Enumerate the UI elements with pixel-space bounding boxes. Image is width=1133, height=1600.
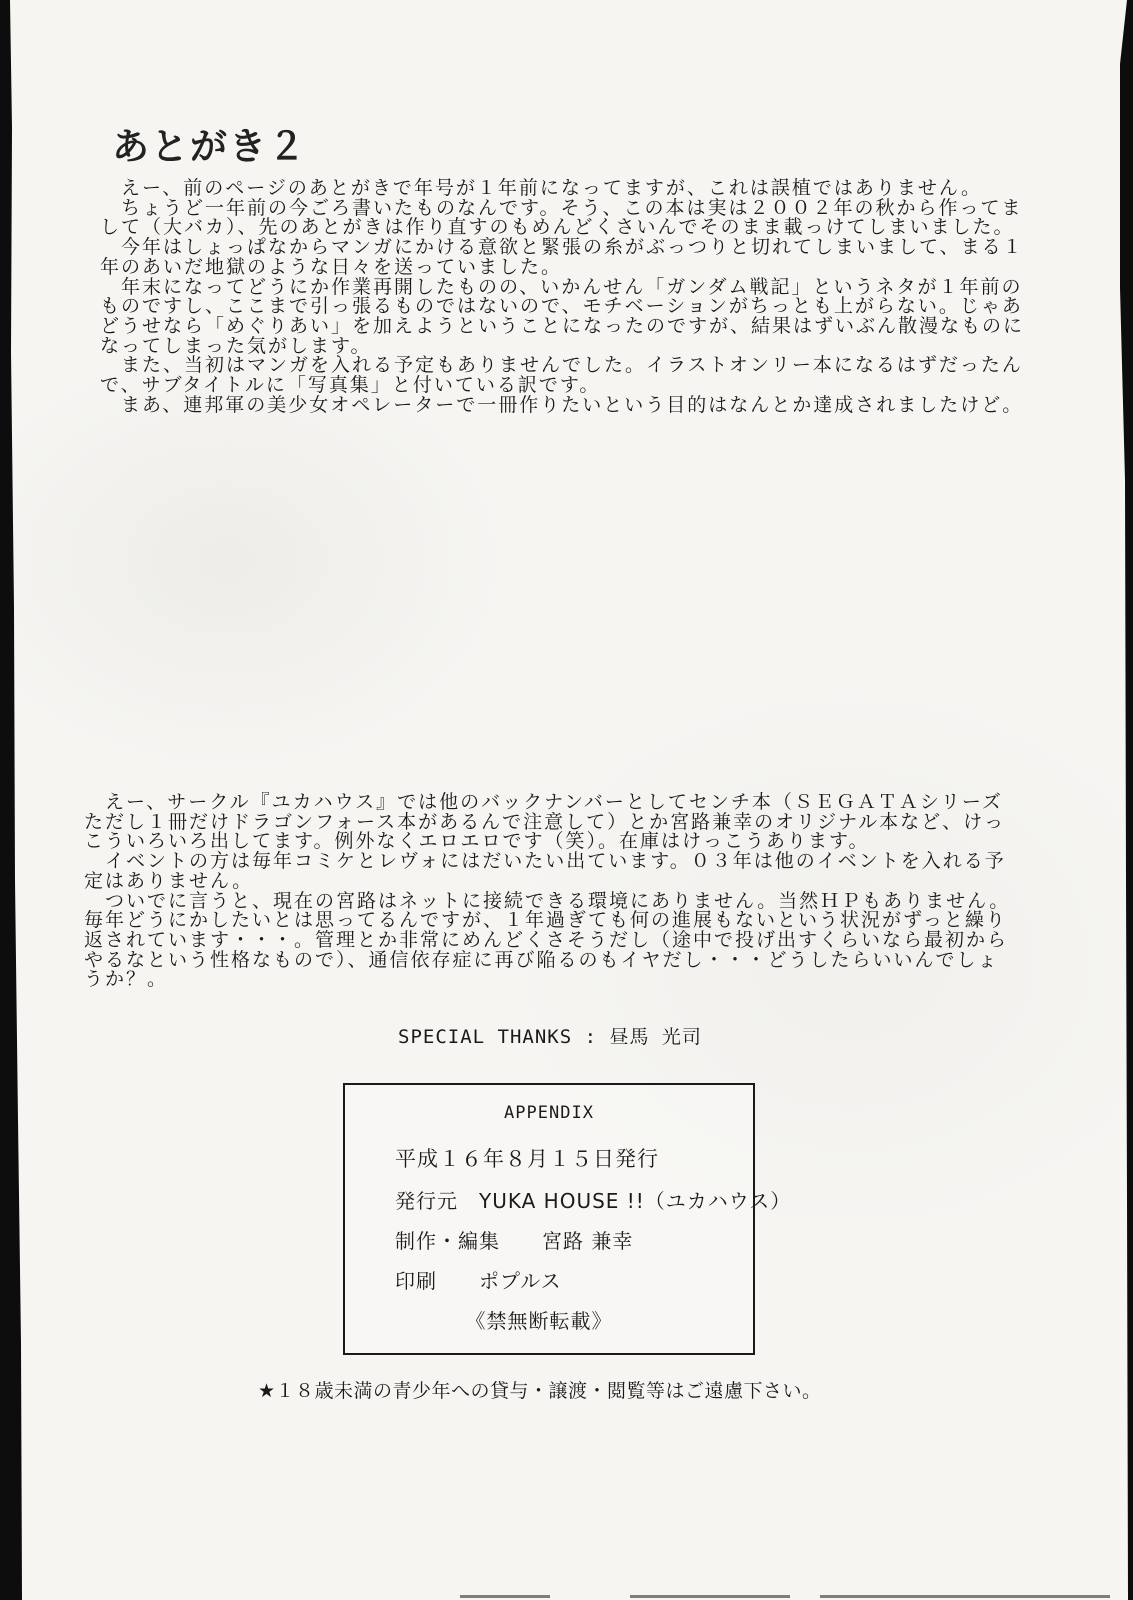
scan-noise: [630, 1595, 790, 1598]
colophon-publication-date: 平成１６年８月１５日発行: [395, 1143, 659, 1173]
colophon-printer: 印刷 ポプルス: [395, 1265, 562, 1294]
scan-border-right: [1117, 0, 1133, 1600]
scanned-afterword-page: あとがき２ えー、前のページのあとがきで年号が１年前になってますが、これは誤植で…: [0, 0, 1133, 1600]
scan-noise: [820, 1595, 1110, 1598]
colophon-box: APPENDIX 平成１６年８月１５日発行 発行元 YUKA HOUSE !!（…: [343, 1083, 755, 1355]
scan-noise: [460, 1595, 550, 1598]
afterword-paragraphs: えー、前のページのあとがきで年号が１年前になってますが、これは誤植ではありません…: [100, 179, 1060, 415]
colophon-header: APPENDIX: [345, 1103, 753, 1123]
page-title: あとがき２: [112, 116, 307, 170]
colophon-reprint-notice: 《禁無断転載》: [345, 1305, 733, 1334]
age-restriction-notice: ★１８歳未満の青少年への貸与・譲渡・閲覧等はご遠慮下さい。: [258, 1376, 822, 1403]
circle-info-paragraphs: えー、サークル『ユカハウス』では他のバックナンバーとしてセンチ本（ＳＥＧＡＴＡシ…: [84, 793, 1044, 990]
colophon-publisher: 発行元 YUKA HOUSE !!（ユカハウス）: [395, 1185, 791, 1214]
special-thanks-line: SPECIAL THANKS : 昼馬 光司: [398, 1022, 702, 1049]
scan-border-left: [0, 0, 24, 1600]
colophon-editor: 制作・編集 宮路 兼幸: [395, 1225, 633, 1254]
